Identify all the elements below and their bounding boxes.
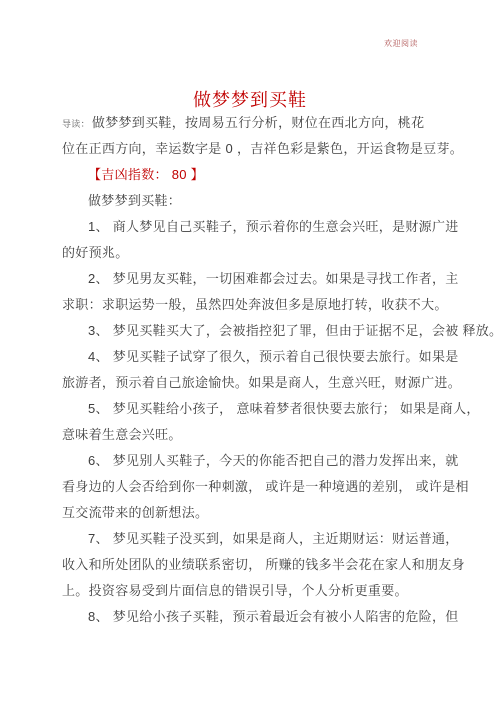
- text-line: 位在正西方向，幸运数字是 0 ，吉祥色彩是紫色，开运食物是豆芽。: [62, 136, 454, 162]
- article-body: 导读：做梦梦到买鞋，按周易五行分析，财位在西北方向，桃花 位在正西方向，幸运数字…: [62, 110, 454, 630]
- text-line: 互交流带来的创新想法。: [62, 500, 454, 526]
- text-line: 4、 梦见买鞋子试穿了很久，预示着自己很快要去旅行。如果是: [62, 344, 454, 370]
- text-line: 收入和所处团队的业绩联系密切， 所赚的钱多半会花在家人和朋友身: [62, 552, 454, 578]
- lead-label: 导读：: [62, 119, 90, 129]
- text-line: 看身边的人会否给到你一种刺激， 或许是一种境遇的差别， 或许是相: [62, 474, 454, 500]
- text-line: 6、 梦见别人买鞋子，今天的你能否把自己的潜力发挥出来，就: [62, 448, 454, 474]
- text-line: 的好预兆。: [62, 240, 454, 266]
- text-line: 2、 梦见男友买鞋，一切困难都会过去。如果是寻找工作者，主: [62, 266, 454, 292]
- text-line: 5、 梦见买鞋给小孩子， 意味着梦者很快要去旅行； 如果是商人，: [62, 396, 454, 422]
- text-line: 3、 梦见买鞋买大了，会被指控犯了罪，但由于证据不足，会被 释放。: [62, 318, 454, 344]
- luck-index-line: 【吉凶指数： 80 】: [62, 162, 454, 188]
- text-line: 7、 梦见买鞋子没买到，如果是商人，主近期财运：财运普通，: [62, 526, 454, 552]
- text-line: 求职：求职运势一般，虽然四处奔波但多是原地打转，收获不大。: [62, 292, 454, 318]
- text-line: 旅游者，预示着自己旅途愉快。如果是商人，生意兴旺，财源广进。: [62, 370, 454, 396]
- text-line: 8、 梦见给小孩子买鞋，预示着最近会有被小人陷害的危险，但: [62, 604, 454, 630]
- text-line: 上。投资容易受到片面信息的错误引导，个人分析更重要。: [62, 578, 454, 604]
- section-heading-line: 做梦梦到买鞋：: [62, 188, 454, 214]
- lead-text: 做梦梦到买鞋，按周易五行分析，财位在西北方向，桃花: [92, 115, 425, 130]
- page-title: 做梦梦到买鞋: [0, 86, 500, 112]
- text-line: 1、 商人梦见自己买鞋子，预示着你的生意会兴旺，是财源广进: [62, 214, 454, 240]
- text-line: 意味着生意会兴旺。: [62, 422, 454, 448]
- lead-line: 导读：做梦梦到买鞋，按周易五行分析，财位在西北方向，桃花: [62, 110, 454, 136]
- document-page: 欢迎阅读 做梦梦到买鞋 导读：做梦梦到买鞋，按周易五行分析，财位在西北方向，桃花…: [0, 0, 500, 708]
- header-note: 欢迎阅读: [384, 38, 418, 49]
